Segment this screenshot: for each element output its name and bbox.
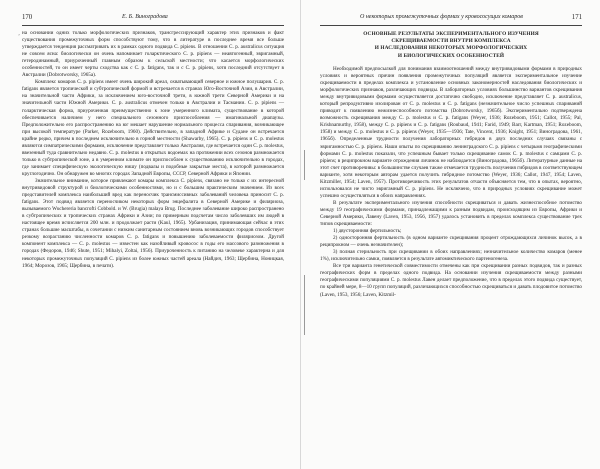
paragraph: Необходимой предпосылкой для понимания в…	[320, 66, 582, 200]
running-head: О некоторых промежуточных формах у крово…	[360, 14, 523, 20]
paragraph: Комплекс комаров C. p. pipiens имеет оче…	[22, 79, 284, 178]
section-title: ОСНОВНЫЕ РЕЗУЛЬТАТЫ ЭКСПЕРИМЕНТАЛЬНОГО И…	[320, 31, 582, 60]
section-title-line: И БИОЛОГИЧЕСКИХ ОСОБЕННОСТЕЙ	[320, 53, 582, 60]
list-item: 2) односторонняя фертильность (в одном в…	[320, 235, 582, 249]
paragraph: В результате экспериментального изучения…	[320, 200, 582, 228]
paragraph: на основании одних только морфологически…	[22, 30, 284, 79]
left-page-body: на основании одних только морфологически…	[22, 30, 284, 270]
scan-mark: ʼ	[18, 34, 20, 40]
section-title-line: И НАСЛЕДОВАНИЯ НЕКОТОРЫХ МОРФОЛОГИЧЕСКИХ	[320, 45, 582, 52]
header-rule	[320, 25, 582, 26]
right-page: О некоторых промежуточных формах у крово…	[300, 0, 600, 469]
right-page-body: Необходимой предпосылкой для понимания в…	[320, 66, 582, 299]
header-rule	[22, 25, 284, 26]
numbered-list: 1) двусторонняя фертильность; 2) односто…	[320, 228, 582, 263]
left-page-header: 170 Е. Б. Виноградова	[22, 14, 284, 23]
right-page-header: О некоторых промежуточных формах у крово…	[320, 14, 582, 23]
paragraph: Все три варианта генетической совместимо…	[320, 263, 582, 298]
list-item: 3) полная стерильность при скрещивании в…	[320, 249, 582, 263]
paragraph: Значительное внимание, которое привлекаю…	[22, 178, 284, 270]
page-number: 170	[22, 14, 32, 21]
left-page: 170 Е. Б. Виноградова ʼ на основании одн…	[0, 0, 300, 469]
section-title-line: СКРЕЩИВАЕМОСТИ ВНУТРИ КОМПЛЕКСА	[320, 38, 582, 45]
running-head: Е. Б. Виноградова	[122, 14, 168, 20]
section-title-line: ОСНОВНЫЕ РЕЗУЛЬТАТЫ ЭКСПЕРИМЕНТАЛЬНОГО И…	[320, 31, 582, 38]
page-number: 171	[572, 14, 582, 21]
